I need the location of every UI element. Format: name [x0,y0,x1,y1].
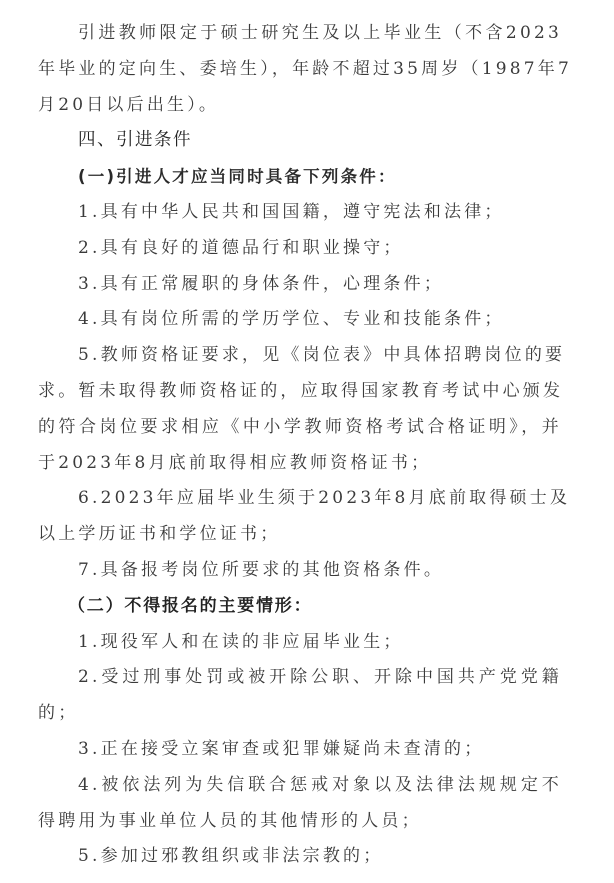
text-line: 6.2023年应届毕业生须于2023年8月底前取得硕士及 [38,481,562,517]
document-page: 引进教师限定于硕士研究生及以上毕业生（不含2023 年毕业的定向生、委培生），年… [38,16,562,875]
list-item: 7.具备报考岗位所要求的其他资格条件。 [38,553,562,589]
list-item: 1.现役军人和在读的非应届毕业生； [38,625,562,661]
list-item: 2.具有良好的道德品行和职业操守； [38,231,562,267]
list-item: 5.参加过邪教组织或非法宗教的； [38,839,562,875]
list-item: 2.受过刑事处罚或被开除公职、开除中国共产党党籍 的； [38,660,562,732]
text-line: 2.受过刑事处罚或被开除公职、开除中国共产党党籍 [38,660,562,696]
text-line: 7.具备报考岗位所要求的其他资格条件。 [38,553,562,589]
text-line: 5.教师资格证要求，见《岗位表》中具体招聘岗位的要 [38,338,562,374]
text-line: 4.具有岗位所需的学历学位、专业和技能条件； [38,302,562,338]
list-item: 3.正在接受立案审查或犯罪嫌疑尚未查清的； [38,732,562,768]
text-line: 引进教师限定于硕士研究生及以上毕业生（不含2023 [38,16,562,52]
text-line: 求。暂未取得教师资格证的，应取得国家教育考试中心颁发 [38,374,562,410]
text-line: 得聘用为事业单位人员的其他情形的人员； [38,804,562,840]
text-line: 以上学历证书和学位证书； [38,517,562,553]
text-line: 于2023年8月底前取得相应教师资格证书； [38,446,562,482]
text-line: 3.具有正常履职的身体条件，心理条件； [38,267,562,303]
text-line: 4.被依法列为失信联合惩戒对象以及法律法规规定不 [38,768,562,804]
intro-paragraph: 引进教师限定于硕士研究生及以上毕业生（不含2023 年毕业的定向生、委培生），年… [38,16,562,123]
list-item: 4.具有岗位所需的学历学位、专业和技能条件； [38,302,562,338]
text-line: 2.具有良好的道德品行和职业操守； [38,231,562,267]
text-line: 1.现役军人和在读的非应届毕业生； [38,625,562,661]
text-line: 的符合岗位要求相应《中小学教师资格考试合格证明》，并 [38,410,562,446]
text-line: 5.参加过邪教组织或非法宗教的； [38,839,562,875]
list-item: 6.2023年应届毕业生须于2023年8月底前取得硕士及 以上学历证书和学位证书… [38,481,562,553]
list-item: 1.具有中华人民共和国国籍，遵守宪法和法律； [38,195,562,231]
list-item: 3.具有正常履职的身体条件，心理条件； [38,267,562,303]
section-heading: 四、引进条件 [38,123,562,159]
subsection-heading: (一)引进人才应当同时具备下列条件： [38,159,562,195]
text-line: 年毕业的定向生、委培生），年龄不超过35周岁（1987年7 [38,52,562,88]
text-line: 月20日以后出生）。 [38,88,562,124]
text-line: 1.具有中华人民共和国国籍，遵守宪法和法律； [38,195,562,231]
subsection-heading: （二）不得报名的主要情形： [38,589,562,625]
text-line: 3.正在接受立案审查或犯罪嫌疑尚未查清的； [38,732,562,768]
text-line: 的； [38,696,562,732]
list-item: 5.教师资格证要求，见《岗位表》中具体招聘岗位的要 求。暂未取得教师资格证的，应… [38,338,562,481]
list-item: 4.被依法列为失信联合惩戒对象以及法律法规规定不 得聘用为事业单位人员的其他情形… [38,768,562,840]
